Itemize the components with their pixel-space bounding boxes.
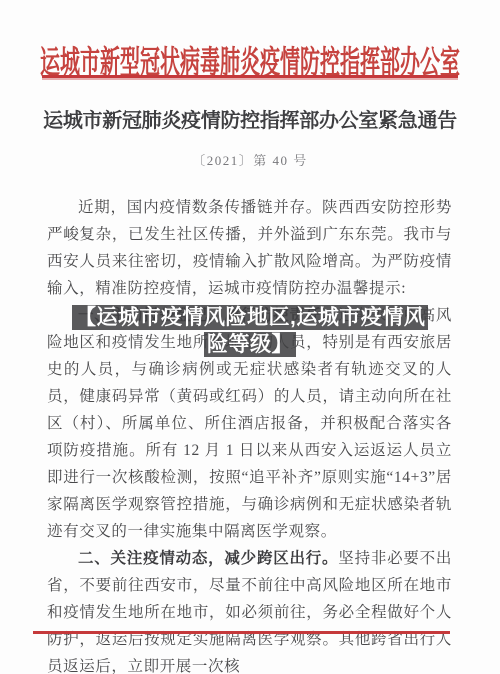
section-2-heading: 二、关注疫情动态，减少跨区出行。 [78,550,338,567]
document-page: 运城市新型冠状病毒肺炎疫情防控指挥部办公室 运城市新冠肺炎疫情防控指挥部办公室紧… [0,0,500,674]
notice-title: 运城市新冠肺炎疫情防控指挥部办公室紧急通告 [0,104,500,133]
doc-number: 〔2021〕第 40 号 [0,150,500,169]
section-2-text: 坚持非必要不出省，不要前往西安市，尽量不前往中高风险地区所在地市和疫情发生地所在… [47,550,452,674]
letterhead-rule [42,75,458,78]
intro-text: 近期，国内疫情数条传播链并存。陕西西安防控形势严峻复杂，已发生社区传播，并外溢到… [47,199,452,297]
caption-text: 【运城市疫情风险地区,运城市疫情风险等级】 [72,305,428,357]
bottom-rule [33,631,450,634]
paragraph-section-2: 二、关注疫情动态，减少跨区出行。坚持非必要不出省，不要前往西安市，尽量不前往中高… [47,545,452,674]
paragraph-intro: 近期，国内疫情数条传播链并存。陕西西安防控形势严峻复杂，已发生社区传播，并外溢到… [47,194,452,302]
caption-overlay: 【运城市疫情风险地区,运城市疫情风险等级】 [72,305,428,358]
notice-body: 近期，国内疫情数条传播链并存。陕西西安防控形势严峻复杂，已发生社区传播，并外溢到… [47,194,452,674]
